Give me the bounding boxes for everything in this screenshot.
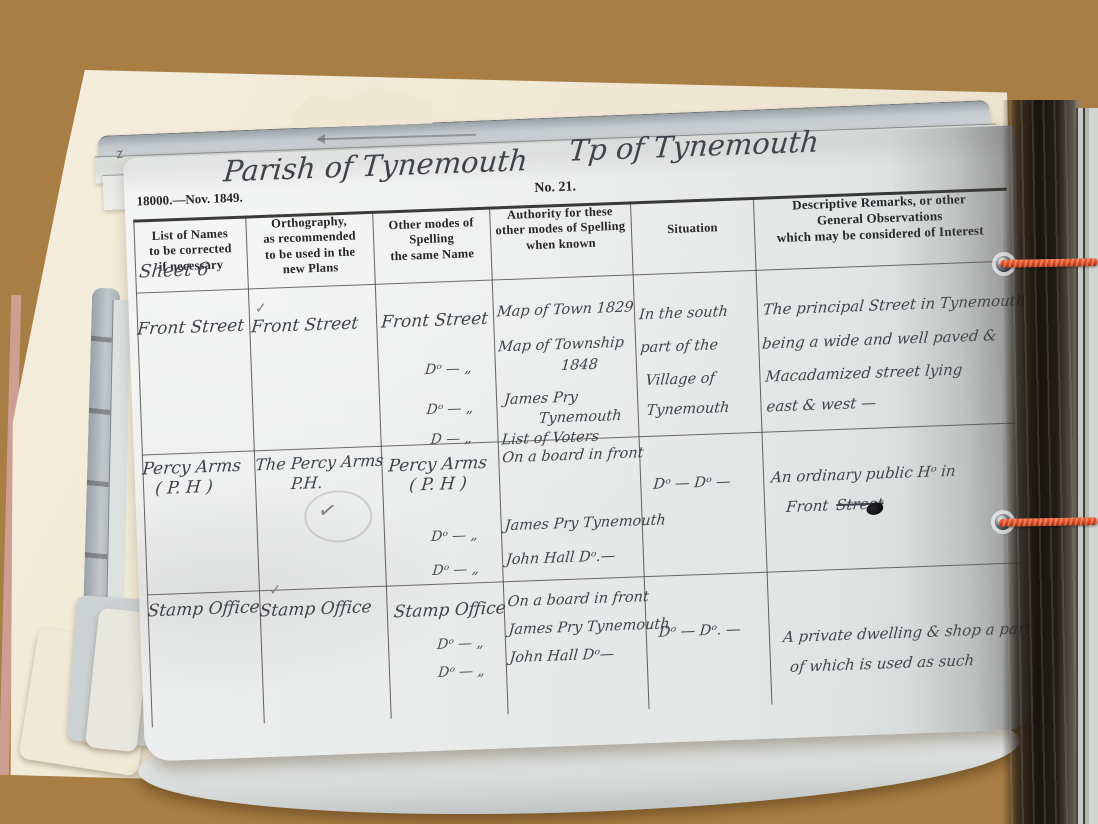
column-header-remarks: Descriptive Remarks, or other General Ob… [753, 190, 1007, 247]
row2-spelling-ditto-2: Dᵒ — „ [432, 561, 480, 579]
row1-situation-3: Village of [645, 370, 716, 389]
row1-authority-4: List of Voters [501, 429, 600, 449]
row1-spelling-ditto-2: Dᵒ — „ [426, 400, 474, 418]
page-number-label: No. 21. [534, 179, 576, 197]
row1-situation-2: part of the [640, 337, 719, 356]
row3-name: Stamp Office [147, 597, 261, 621]
row3-spelling-ditto-2: Dᵒ — „ [437, 663, 485, 681]
row3-orthography: Stamp Office [259, 597, 373, 621]
row1-remarks-4: east & west — [766, 394, 877, 416]
column-divider-5 [753, 197, 773, 705]
row1-authority-2-date: 1848 [560, 357, 598, 374]
row1-authority-2: Map of Township [498, 335, 625, 356]
row1-name: Front Street [136, 316, 245, 340]
column-header-situation: Situation [631, 219, 754, 239]
row1-authority-3b: Tynemouth [538, 408, 622, 427]
row1-remarks-1: The principal Street in Tynemouth [762, 291, 1026, 319]
column-header-other-modes: Other modes of Spelling the same Name [372, 215, 491, 265]
row2-name: Percy Arms [142, 456, 242, 480]
row1-remarks-3: Macadamized street lying [765, 360, 964, 385]
row3-remarks-1: A private dwelling & shop a part [782, 619, 1032, 646]
row2-orthography-suffix: P.H. [290, 473, 323, 493]
row3-authority-3: John Hall Dᵒ— [509, 646, 615, 666]
row1-situation-4: Tynemouth [646, 400, 730, 419]
book-gutter-shadow [1002, 100, 1080, 824]
row2-spelling-1: Percy Arms [388, 453, 488, 477]
form-number: 18000.—Nov. 1849. [136, 190, 243, 210]
row1-authority-3: James Pry [503, 389, 578, 408]
row2-orthography: The Percy Arms [255, 451, 385, 475]
row1-orthography: Front Street [250, 313, 359, 337]
row2-authority-3: John Hall Dᵒ.— [505, 548, 616, 568]
pencil-arrowhead [316, 134, 325, 144]
row2-remarks-2: Front [785, 496, 829, 516]
row2-spelling-ditto-1: Dᵒ — „ [430, 527, 478, 545]
row3-authority-1: On a board in front [507, 589, 650, 610]
pencil-circle-mark [303, 489, 373, 543]
red-binding-string-bottom [999, 517, 1098, 527]
photograph-of-name-book: z 18000.—Nov. 1849. Parish of Tynemouth … [0, 0, 1098, 824]
row3-remarks-2: of which is used as such [789, 651, 975, 676]
row2-name-suffix: ( P. H ) [154, 477, 213, 499]
row2-spelling-1b: ( P. H ) [408, 474, 467, 496]
row1-spelling-ditto-3: D — „ [430, 430, 473, 448]
row2-remarks-1: An ordinary public Hᵒ in [770, 462, 956, 487]
right-page-stack-edge [1076, 108, 1098, 824]
row3-spelling-1: Stamp Office [393, 598, 507, 622]
column-header-authority: Authority for these other modes of Spell… [489, 203, 632, 254]
name-book-page: 18000.—Nov. 1849. Parish of Tynemouth No… [123, 125, 1037, 761]
row1-authority-1: Map of Town 1829 [496, 299, 634, 320]
row1-pencil-checkmark: ✓ [254, 299, 267, 317]
row3-pencil-checkmark: ✓ [269, 580, 282, 598]
row1-spelling-1: Front Street [380, 309, 489, 333]
sheet-note-handwritten: Sheet 6 [138, 259, 209, 283]
row1-remarks-2: being a wide and well paved & [761, 326, 997, 353]
row3-spelling-ditto-1: Dᵒ — „ [436, 635, 484, 653]
red-binding-string-top [1000, 258, 1098, 268]
row1-spelling-ditto-1: Dᵒ — „ [424, 360, 472, 378]
row2-authority-1: On a board in front [502, 445, 645, 466]
row2-situation-ditto: Dᵒ — Dᵒ — [653, 474, 732, 493]
row3-situation-ditto: Dᵒ — Dᵒ. — [658, 622, 741, 641]
column-header-orthography: Orthography, as recommended to be used i… [245, 213, 374, 279]
row1-situation-1: In the south [638, 304, 728, 323]
